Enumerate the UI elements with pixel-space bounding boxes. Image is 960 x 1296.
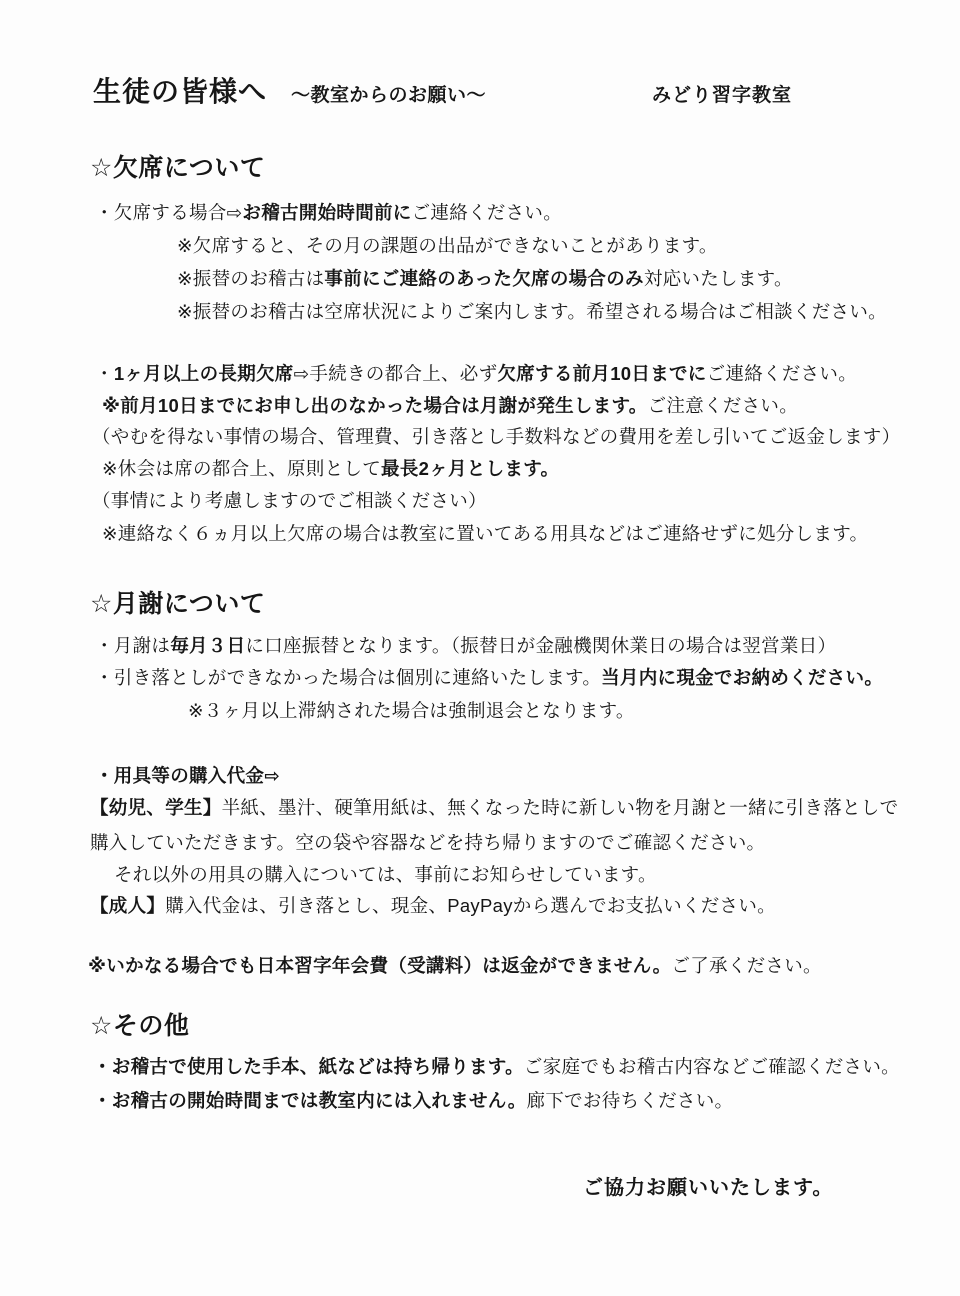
supplies-other-notice: それ以外の用具の購入については、事前にお知らせしています。: [114, 863, 657, 886]
classroom-name: みどり習字教室: [652, 84, 792, 108]
text-segment: 事前にご連絡のあった欠席の場合のみ: [324, 268, 643, 289]
text-segment: ・月謝は: [95, 635, 170, 656]
tuition-note-expulsion: ※３ヶ月以上滞納された場合は強制退会となります。: [188, 699, 635, 722]
annual-fee-no-refund: ※いかなる場合でも日本習字年会費（受講料）は返金ができません。ご了承ください。: [88, 954, 822, 977]
text-segment: ・お稽古で使用した手本、紙などは持ち帰ります。: [93, 1056, 524, 1077]
closing-message: ご協力お願いいたします。: [583, 1176, 833, 1201]
text-segment: ※欠席すると、その月の課題の出品ができないことがあります。: [177, 235, 718, 256]
text-segment: お稽古開始時間前に: [242, 202, 411, 223]
text-segment: ※休会は席の都合上、原則として: [102, 458, 381, 479]
absence-note-submission: ※欠席すると、その月の課題の出品ができないことがあります。: [177, 234, 718, 257]
text-segment: ・用具等の購入代金⇨: [95, 765, 280, 786]
tuition-bullet-supplies: ・用具等の購入代金⇨: [95, 764, 280, 787]
text-segment: ※前月10日までにお申し出のなかった場合は月謝が発生します。: [102, 395, 648, 416]
absence-paren-refund: （やむを得ない事情の場合、管理費、引き落とし手数料などの費用を差し引いてご返金し…: [92, 425, 900, 448]
section-heading-tuition: ☆月謝について: [90, 589, 265, 620]
text-segment: ・欠席する場合⇨: [95, 202, 242, 223]
text-segment: に口座振替となります。（振替日が金融機関休業日の場合は翌営業日）: [245, 635, 836, 656]
tuition-bullet-debit: ・月謝は毎月３日に口座振替となります。（振替日が金融機関休業日の場合は翌営業日）: [95, 634, 836, 657]
absence-note-fee-incurred: ※前月10日までにお申し出のなかった場合は月謝が発生します。ご注意ください。: [102, 394, 798, 417]
text-segment: ご連絡ください。: [707, 363, 857, 384]
text-segment: 当月内に現金でお納めください。: [601, 667, 883, 688]
text-segment: ※振替のお稽古は: [177, 268, 324, 289]
text-segment: ご了承ください。: [671, 955, 821, 976]
text-segment: それ以外の用具の購入については、事前にお知らせしています。: [114, 864, 657, 885]
absence-note-suspension: ※休会は席の都合上、原則として最長2ヶ月とします。: [102, 457, 559, 480]
text-segment: （事情により考慮しますのでご相談ください）: [92, 490, 487, 511]
page-subtitle: ～教室からのお願い～: [291, 84, 486, 108]
text-segment: ご家庭でもお稽古内容などご確認ください。: [524, 1056, 900, 1077]
text-segment: ※いかなる場合でも日本習字年会費（受講料）は返金ができません。: [88, 955, 671, 976]
absence-paren-consult: （事情により考慮しますのでご相談ください）: [92, 489, 487, 512]
text-segment: ※振替のお稽古は空席状況によりご案内します。希望される場合はご相談ください。: [177, 301, 887, 322]
absence-note-disposal: ※連絡なく６ヵ月以上欠席の場合は教室に置いてある用具などはご連絡せずに処分します…: [102, 522, 868, 545]
page-title: 生徒の皆様へ: [93, 74, 267, 109]
text-segment: ※３ヶ月以上滞納された場合は強制退会となります。: [188, 700, 635, 721]
text-segment: ・引き落としができなかった場合は個別に連絡いたします。: [95, 667, 601, 688]
section-heading-other: ☆その他: [90, 1011, 189, 1042]
absence-bullet-longterm: ・1ヶ月以上の長期欠席⇨手続きの都合上、必ず欠席する前月10日までにご連絡くださ…: [95, 362, 857, 385]
text-segment: 【幼児、学生】: [90, 797, 222, 818]
absence-note-makeup-seats: ※振替のお稽古は空席状況によりご案内します。希望される場合はご相談ください。: [177, 300, 887, 323]
document-page: 生徒の皆様へ ～教室からのお願い～ みどり習字教室 ☆欠席について ・欠席する場…: [0, 0, 960, 1296]
tuition-bullet-failed-debit: ・引き落としができなかった場合は個別に連絡いたします。当月内に現金でお納めくださ…: [95, 666, 883, 689]
text-segment: ・お稽古の開始時間までは教室内には入れません。: [93, 1090, 527, 1111]
text-segment: ご連絡ください。: [412, 202, 562, 223]
text-segment: （やむを得ない事情の場合、管理費、引き落とし手数料などの費用を差し引いてご返金し…: [92, 426, 900, 447]
text-segment: ・: [95, 363, 114, 384]
absence-bullet-contact: ・欠席する場合⇨お稽古開始時間前にご連絡ください。: [95, 201, 562, 224]
absence-note-makeup-condition: ※振替のお稽古は事前にご連絡のあった欠席の場合のみ対応いたします。: [177, 267, 793, 290]
text-segment: 【成人】: [90, 895, 165, 916]
text-segment: 購入していただきます。空の袋や容器などを持ち帰りますのでご確認ください。: [90, 832, 765, 853]
text-segment: 半紙、墨汁、硬筆用紙は、無くなった時に新しい物を月謝と一緒に引き落としで: [222, 797, 899, 818]
text-segment: 廊下でお待ちください。: [527, 1090, 734, 1111]
supplies-adult-payment: 【成人】購入代金は、引き落とし、現金、PayPayから選んでお支払いください。: [90, 894, 776, 917]
section-heading-absence: ☆欠席について: [90, 153, 265, 184]
text-segment: 最長2ヶ月とします。: [381, 458, 559, 479]
supplies-children-line2: 購入していただきます。空の袋や容器などを持ち帰りますのでご確認ください。: [90, 831, 765, 854]
text-segment: 1ヶ月以上の長期欠席: [114, 363, 294, 384]
text-segment: 対応いたします。: [644, 268, 793, 289]
text-segment: 毎月３日: [170, 635, 245, 656]
text-segment: ご注意ください。: [648, 395, 798, 416]
text-segment: ⇨手続きの都合上、必ず: [294, 363, 498, 384]
text-segment: 欠席する前月10日までに: [497, 363, 706, 384]
text-segment: 購入代金は、引き落とし、現金、PayPayから選んでお支払いください。: [165, 895, 776, 916]
other-bullet-no-entry: ・お稽古の開始時間までは教室内には入れません。廊下でお待ちください。: [93, 1089, 733, 1112]
text-segment: ※連絡なく６ヵ月以上欠席の場合は教室に置いてある用具などはご連絡せずに処分します…: [102, 523, 868, 544]
other-bullet-take-home: ・お稽古で使用した手本、紙などは持ち帰ります。ご家庭でもお稽古内容などご確認くだ…: [93, 1055, 900, 1078]
supplies-children-line1: 【幼児、学生】半紙、墨汁、硬筆用紙は、無くなった時に新しい物を月謝と一緒に引き落…: [90, 796, 898, 819]
